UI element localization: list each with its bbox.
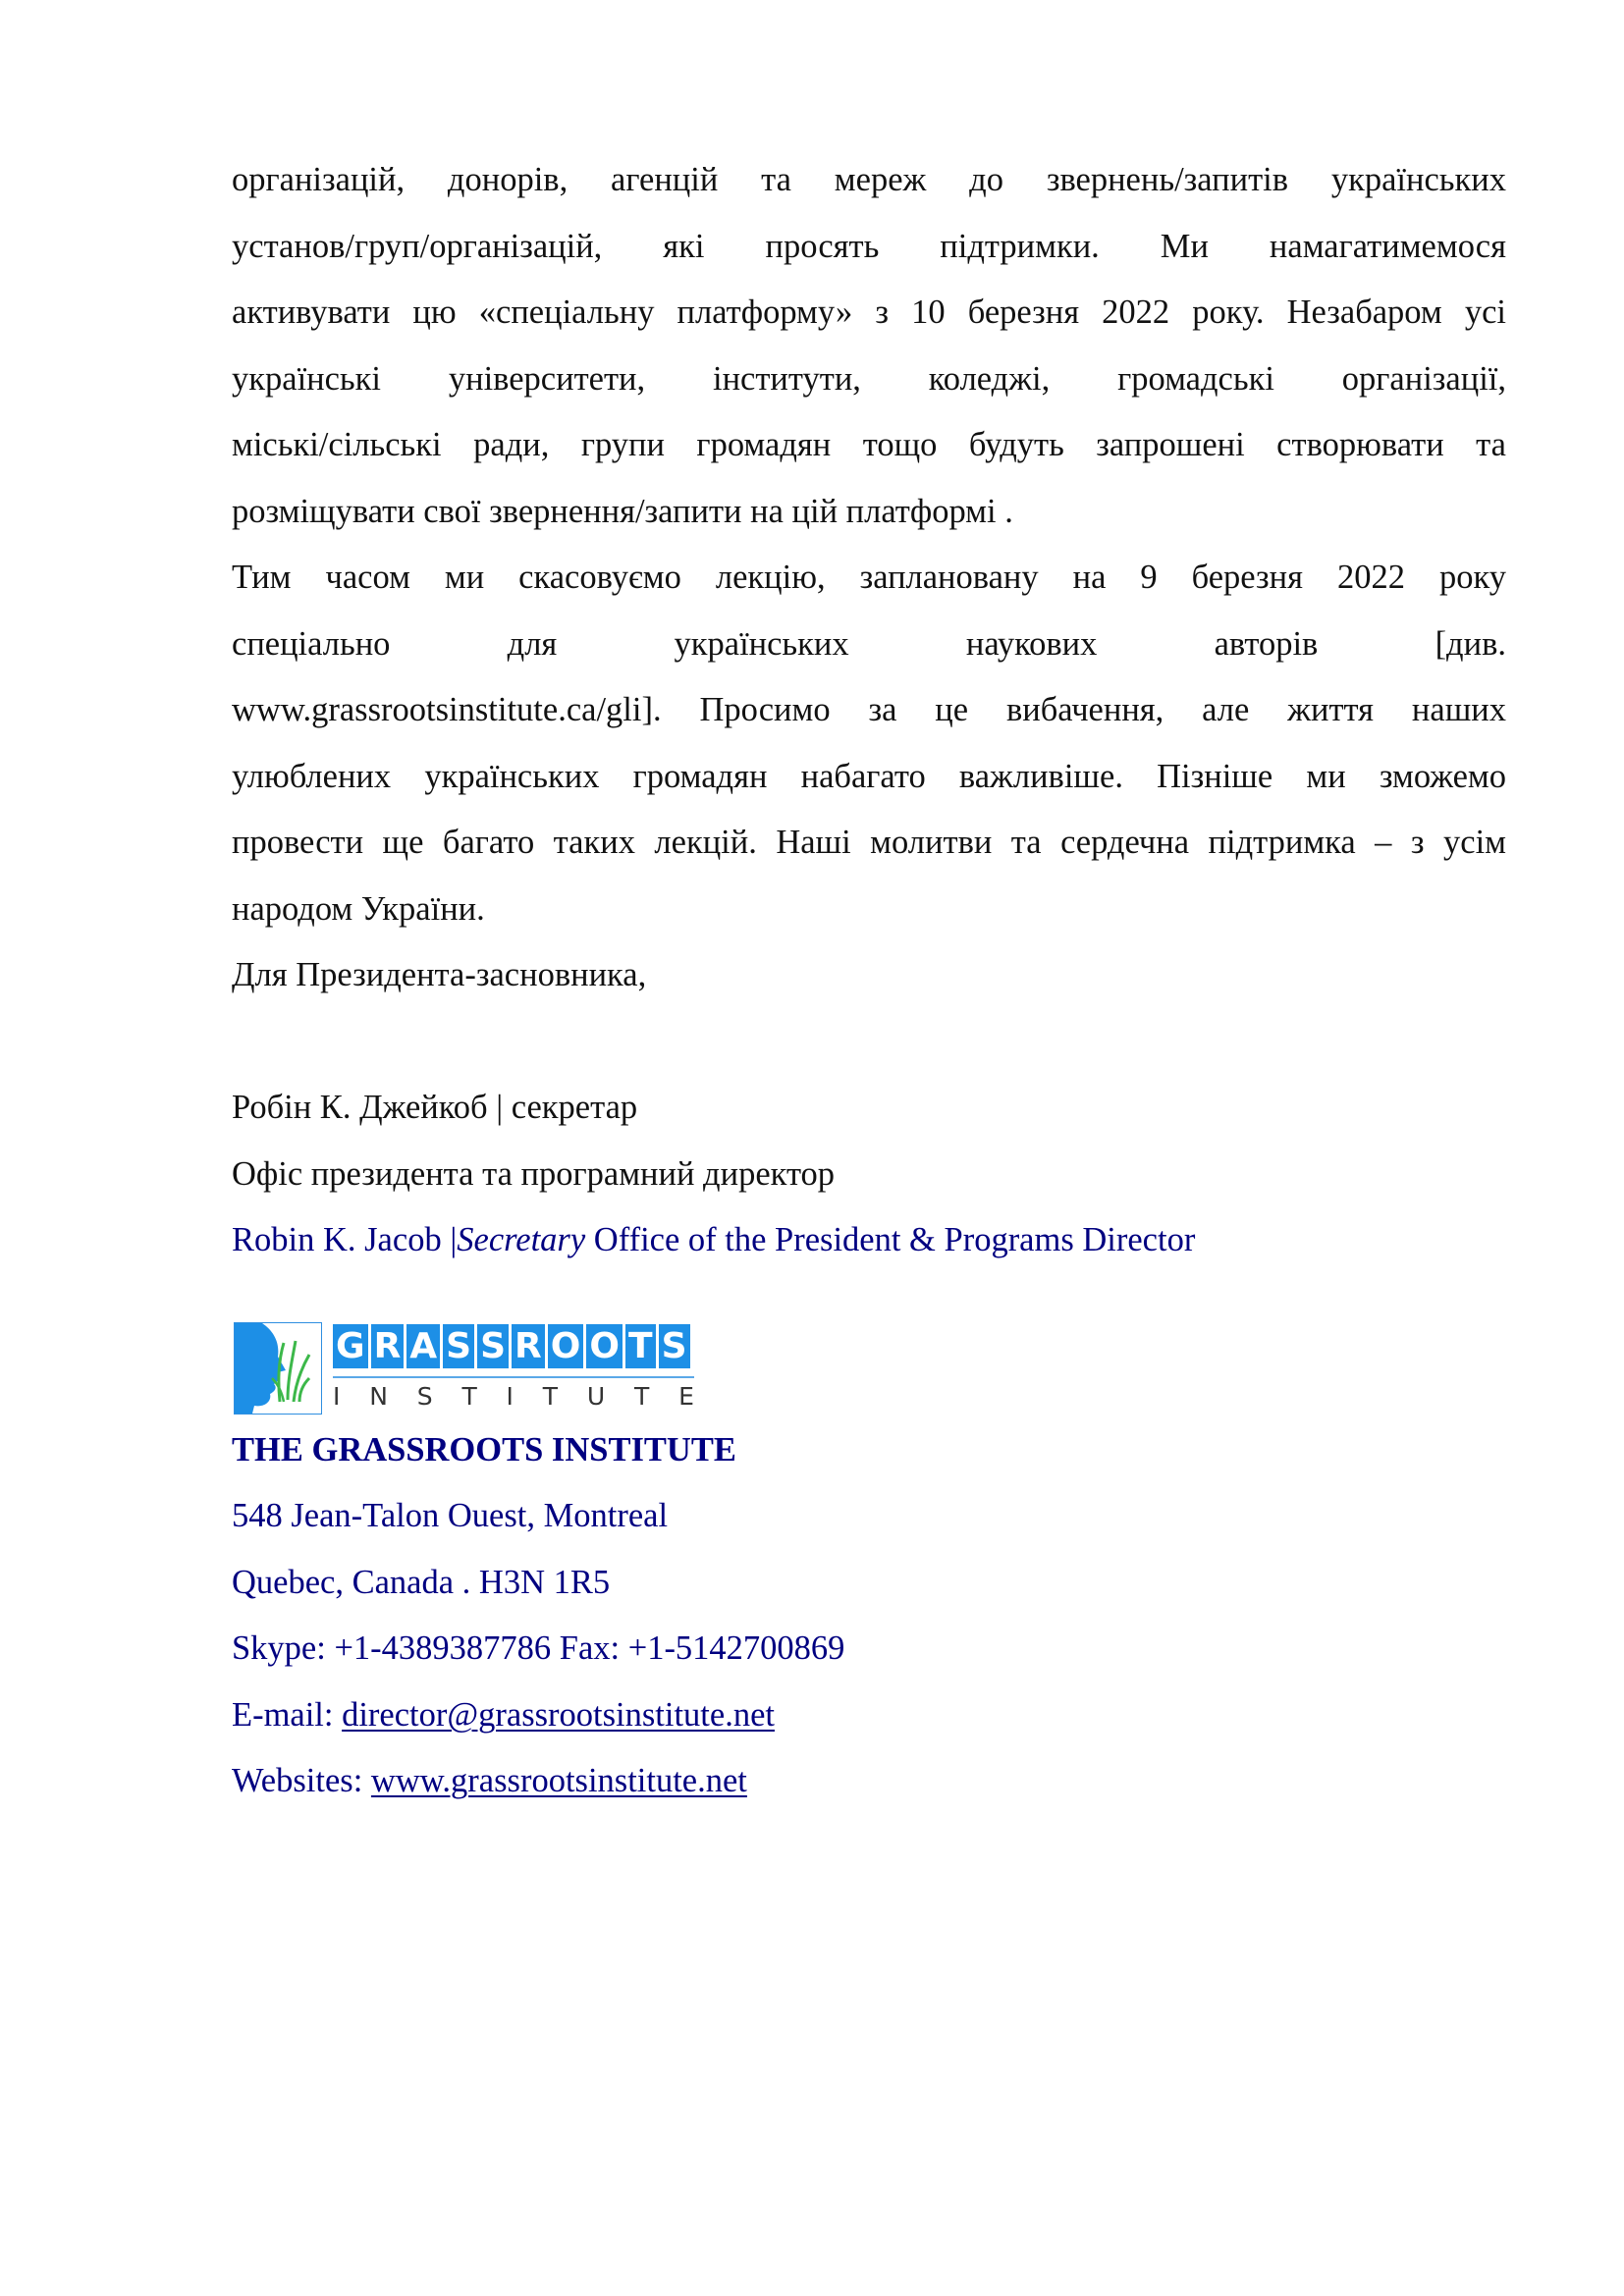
- organization-block: THE GRASSROOTS INSTITUTE 548 Jean-Talon …: [232, 1417, 1506, 1815]
- logo-letter: T: [634, 1382, 649, 1412]
- logo-letter: S: [659, 1324, 690, 1368]
- signature-name-uk: Робін К. Джейкоб | секретар: [232, 1075, 1506, 1142]
- logo-letter: G: [333, 1324, 368, 1368]
- address-line-1: 548 Jean-Talon Ouest, Montreal: [232, 1483, 1506, 1550]
- website-line: Websites: www.grassrootsinstitute.net: [232, 1748, 1506, 1815]
- organization-name: THE GRASSROOTS INSTITUTE: [232, 1417, 1506, 1484]
- logo-grassroots-word: G R A S S R O O T S: [333, 1324, 690, 1368]
- body-line: народом України.: [232, 877, 1506, 943]
- logo-letter: R: [371, 1324, 405, 1368]
- signature-title-uk: Офіс президента та програмний директор: [232, 1142, 1506, 1208]
- body-line: www.grassrootsinstitute.ca/gli]. Просимо…: [232, 677, 1506, 744]
- signature-name-en: Robin K. Jacob: [232, 1221, 442, 1258]
- email-label: E-mail:: [232, 1696, 342, 1734]
- logo-letter: T: [625, 1324, 656, 1368]
- body-line: розміщувати свої звернення/запити на цій…: [232, 479, 1506, 546]
- logo-letter: R: [512, 1324, 545, 1368]
- body-line: українські університети, інститути, коле…: [232, 347, 1506, 413]
- body-line: улюблених українських громадян набагато …: [232, 744, 1506, 811]
- body-line: установ/груп/організацій, які просять пі…: [232, 214, 1506, 281]
- grassroots-institute-logo: G R A S S R O O T S I N S T I T U T E: [232, 1319, 693, 1414]
- signature-role-en: Secretary: [457, 1221, 585, 1258]
- face-grass-icon: [234, 1322, 322, 1415]
- logo-letter: I: [507, 1382, 514, 1412]
- logo-letter: O: [586, 1324, 623, 1368]
- contact-line: Skype: +1-4389387786 Fax: +1-5142700869: [232, 1616, 1506, 1682]
- signature-block: Робін К. Джейкоб | секретар Офіс президе…: [232, 1075, 1506, 1274]
- logo-letter: T: [543, 1382, 558, 1412]
- spacer: [232, 1009, 1506, 1076]
- body-line: Тим часом ми скасовуємо лекцію, запланов…: [232, 545, 1506, 612]
- logo-letter: S: [477, 1324, 509, 1368]
- body-line: активувати цю «спеціальну платформу» з 1…: [232, 280, 1506, 347]
- logo-institute-word: I N S T I T U T E: [333, 1382, 694, 1412]
- website-link[interactable]: www.grassrootsinstitute.net: [371, 1762, 747, 1799]
- logo-divider: [333, 1376, 694, 1378]
- logo-letter: T: [461, 1382, 476, 1412]
- signature-en: Robin K. Jacob |Secretary Office of the …: [232, 1207, 1506, 1274]
- logo-letter: E: [678, 1382, 694, 1412]
- logo-letter: S: [417, 1382, 433, 1412]
- paragraph-1: організацій, донорів, агенцій та мереж д…: [232, 147, 1506, 545]
- email-line: E-mail: director@grassrootsinstitute.net: [232, 1682, 1506, 1749]
- body-line: організацій, донорів, агенцій та мереж д…: [232, 147, 1506, 214]
- email-link[interactable]: director@grassrootsinstitute.net: [342, 1696, 775, 1734]
- logo-letter: O: [548, 1324, 584, 1368]
- website-label: Websites:: [232, 1762, 371, 1799]
- logo-letter: U: [587, 1382, 605, 1412]
- address-line-2: Quebec, Canada . H3N 1R5: [232, 1550, 1506, 1617]
- body-line: спеціально для українських наукових авто…: [232, 612, 1506, 678]
- logo-letter: I: [333, 1382, 340, 1412]
- body-line: міські/сільські ради, групи громадян тощ…: [232, 412, 1506, 479]
- paragraph-2: Тим часом ми скасовуємо лекцію, запланов…: [232, 545, 1506, 942]
- body-line: провести ще багато таких лекцій. Наші мо…: [232, 810, 1506, 877]
- logo-letter: S: [443, 1324, 474, 1368]
- logo-letter: A: [406, 1324, 440, 1368]
- closing-line: Для Президента-засновника,: [232, 942, 1506, 1009]
- signature-title-en: Office of the President & Programs Direc…: [594, 1221, 1196, 1258]
- document-page: організацій, донорів, агенцій та мереж д…: [232, 147, 1506, 1815]
- logo-letter: N: [369, 1382, 388, 1412]
